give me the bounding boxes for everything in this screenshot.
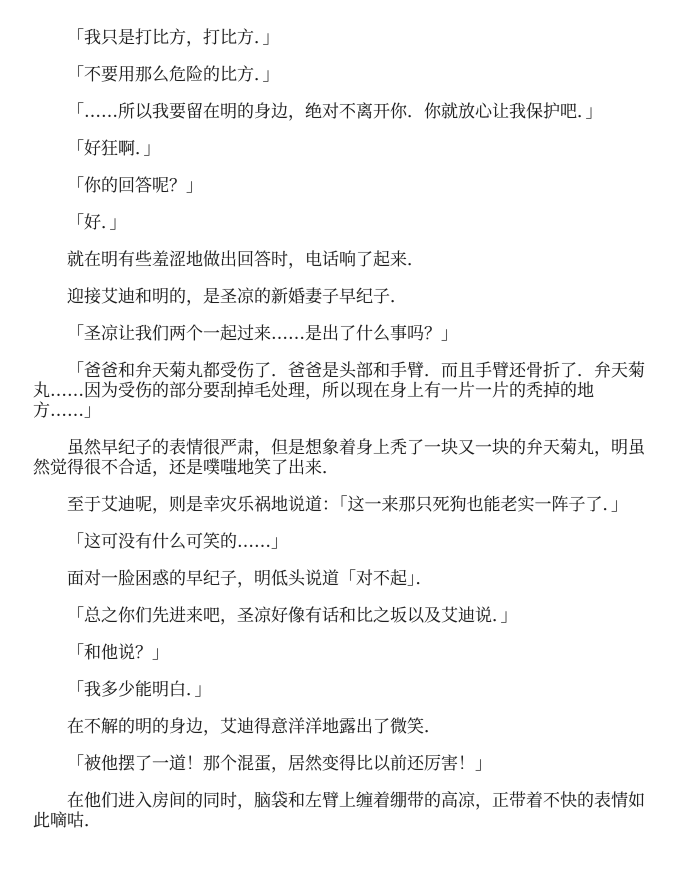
paragraph: 「我多少能明白．」 — [33, 680, 646, 700]
paragraph: 「不要用那么危险的比方．」 — [33, 65, 646, 85]
paragraph: 「圣凉让我们两个一起过来……是出了什么事吗？」 — [33, 324, 646, 344]
paragraph: 「我只是打比方，打比方．」 — [33, 28, 646, 48]
paragraph: 在不解的明的身边，艾迪得意洋洋地露出了微笑． — [33, 717, 646, 737]
paragraph: 「好狂啊．」 — [33, 139, 646, 159]
paragraph: 「你的回答呢？」 — [33, 176, 646, 196]
paragraph: 「总之你们先进来吧，圣凉好像有话和比之坂以及艾迪说．」 — [33, 606, 646, 626]
paragraph: 「爸爸和弁天菊丸都受伤了．爸爸是头部和手臂．而且手臂还骨折了．弁天菊丸……因为受… — [33, 361, 646, 421]
paragraph: 就在明有些羞涩地做出回答时，电话响了起来． — [33, 250, 646, 270]
paragraph: 「好．」 — [33, 213, 646, 233]
novel-text-block: 「我只是打比方，打比方．」 「不要用那么危险的比方．」 「……所以我要留在明的身… — [33, 28, 646, 831]
paragraph: 「……所以我要留在明的身边，绝对不离开你．你就放心让我保护吧．」 — [33, 102, 646, 122]
paragraph: 「这可没有什么可笑的……」 — [33, 532, 646, 552]
paragraph: 「被他摆了一道！那个混蛋，居然变得比以前还厉害！」 — [33, 754, 646, 774]
paragraph: 「和他说？」 — [33, 643, 646, 663]
paragraph: 面对一脸困惑的早纪子，明低头说道「对不起」． — [33, 569, 646, 589]
paragraph: 迎接艾迪和明的，是圣凉的新婚妻子早纪子． — [33, 287, 646, 307]
paragraph: 至于艾迪呢，则是幸灾乐祸地说道：「这一来那只死狗也能老实一阵子了．」 — [33, 495, 646, 515]
paragraph: 虽然早纪子的表情很严肃，但是想象着身上秃了一块又一块的弁天菊丸，明虽然觉得很不合… — [33, 438, 646, 478]
paragraph: 在他们进入房间的同时，脑袋和左臂上缠着绷带的高凉，正带着不快的表情如此嘀咕． — [33, 791, 646, 831]
document-page: 「我只是打比方，打比方．」 「不要用那么危险的比方．」 「……所以我要留在明的身… — [0, 0, 680, 880]
